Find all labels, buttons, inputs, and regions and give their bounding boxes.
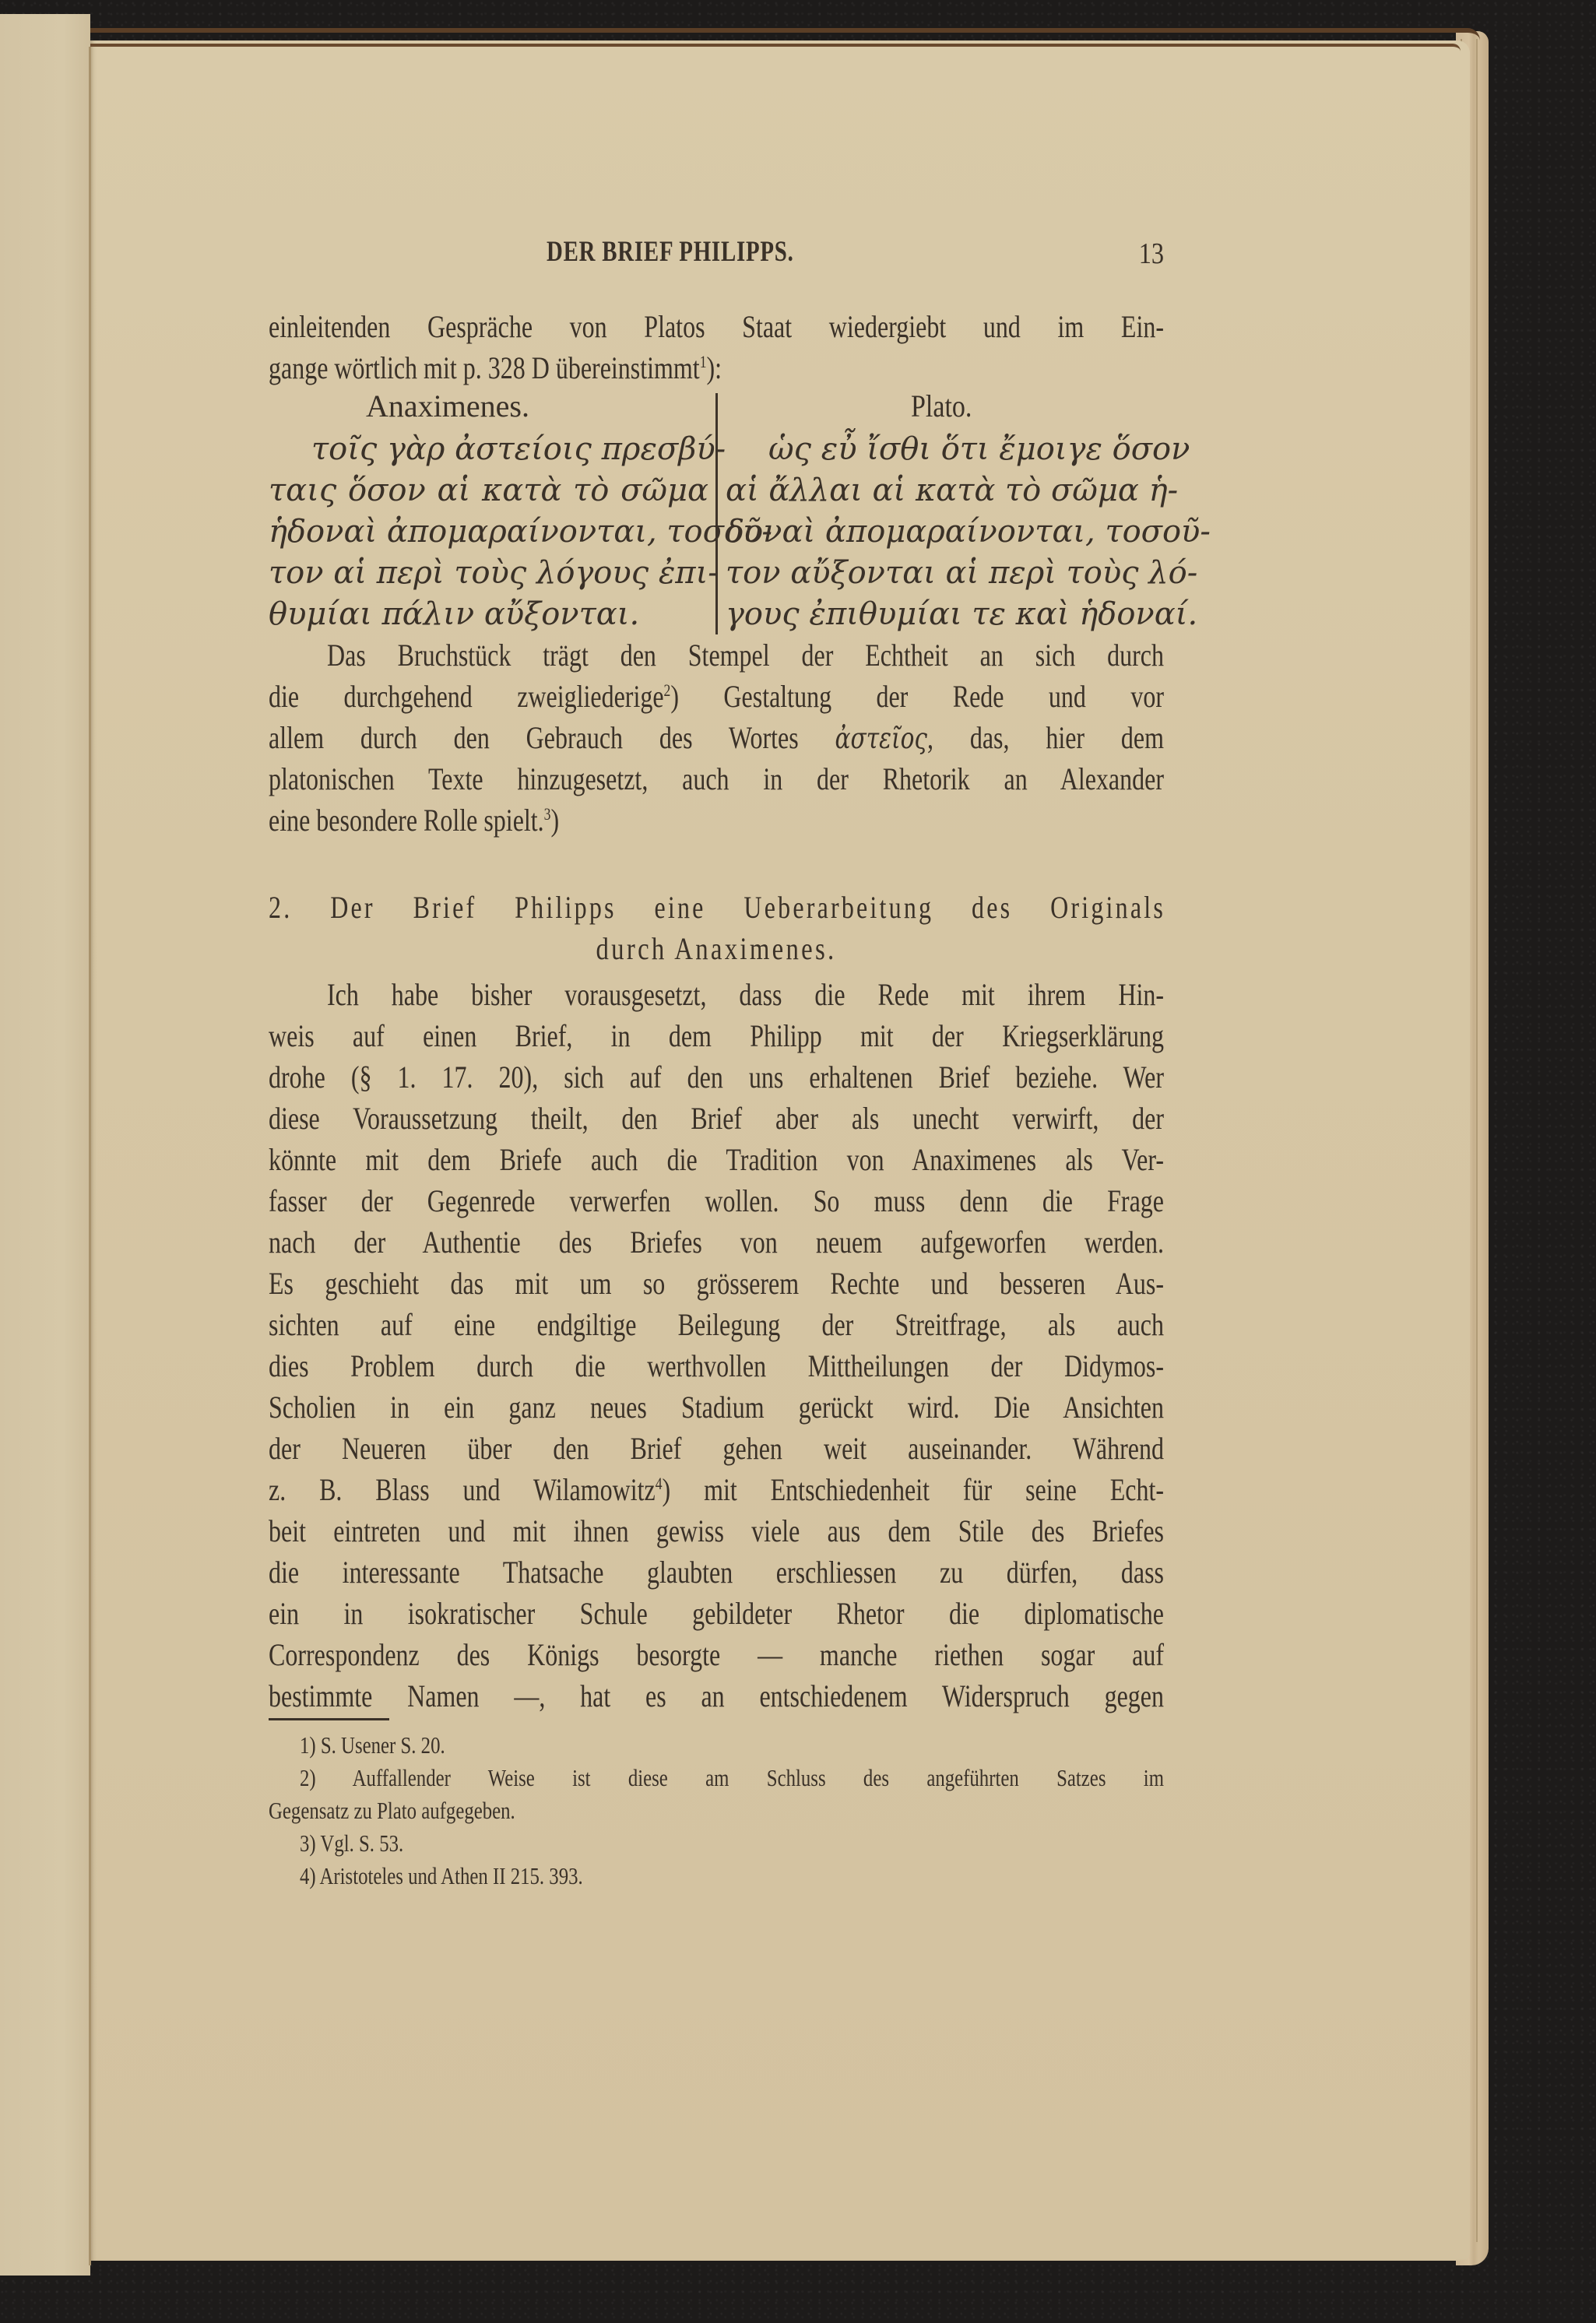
section-heading-line1: 2. Der Brief Philipps eine Ueberarbeitun…: [269, 887, 1165, 928]
page-number: 13: [1139, 237, 1164, 271]
body-line: Correspondenz des Königs besorgte — manc…: [269, 1635, 1164, 1675]
body-line: fasser der Gegenrede verwerfen wollen. S…: [269, 1181, 1164, 1221]
greek-line-right: αἱ ἄλλαι αἱ κατὰ τὸ σῶμα ἡ-: [726, 470, 1164, 511]
body-line: der Neueren über den Brief gehen weit au…: [269, 1429, 1164, 1469]
body-line: z. B. Blass und Wilamowitz4) mit Entschi…: [269, 1470, 1164, 1510]
body-line: die interessante Thatsache glaubten ersc…: [269, 1552, 1164, 1593]
body-line: bestimmte Namen —, hat es an entschieden…: [269, 1676, 1164, 1717]
facing-page-edge: [0, 14, 90, 2276]
body-line: Das Bruchstück trägt den Stempel der Ech…: [269, 635, 1164, 676]
column-heading-anaximenes: Anaximenes.: [366, 386, 529, 427]
greek-line-left: τον αἱ περὶ τοὺς λόγους ἐπι-: [269, 553, 708, 594]
greek-line-left: τοῖς γὰρ ἀστείοις πρεσβύ-: [269, 429, 708, 470]
body-line: sichten auf eine endgiltige Beilegung de…: [269, 1305, 1164, 1345]
body-line: Scholien in ein ganz neues Stadium gerüc…: [269, 1387, 1164, 1428]
greek-line-left: ἡδοναὶ ἀπομαραίνονται, τοσοῦ-: [269, 511, 708, 553]
footnote-4: 4) Aristoteles und Athen II 215. 393.: [269, 1861, 1164, 1892]
footnote-2-cont: Gegensatz zu Plato aufgegeben.: [269, 1795, 1164, 1826]
page-edge-stain: [90, 28, 1480, 40]
body-line: die durchgehend zweigliederige2) Gestalt…: [269, 677, 1164, 717]
body-line: ein in isokratischer Schule gebildeter R…: [269, 1594, 1164, 1634]
body-line: drohe (§ 1. 17. 20), sich auf den uns er…: [269, 1057, 1164, 1098]
footnote-3: 3) Vgl. S. 53.: [269, 1828, 1164, 1859]
greek-line-right: δοναὶ ἀπομαραίνονται, τοσοῦ-: [726, 511, 1164, 553]
page-edge-stain-inner: [90, 44, 1461, 51]
body-line: Ich habe bisher vorausgesetzt, dass die …: [269, 975, 1164, 1015]
body-line: Es geschieht das mit um so grösserem Rec…: [269, 1263, 1164, 1304]
greek-line-right: ὡς εὖ ἴσθι ὅτι ἔμοιγε ὅσον: [726, 429, 1164, 470]
greek-line-left: θυμίαι πάλιν αὔξονται.: [269, 594, 708, 635]
body-line: beit eintreten und mit ihnen gewiss viel…: [269, 1511, 1164, 1552]
body-line: weis auf einen Brief, in dem Philipp mit…: [269, 1016, 1164, 1056]
body-line: diese Voraussetzung theilt, den Brief ab…: [269, 1098, 1164, 1139]
running-head: DER BRIEF PHILIPPS. 13: [269, 234, 1164, 280]
body-line: platonischen Texte hinzugesetzt, auch in…: [269, 759, 1164, 800]
column-heading-plato: Plato.: [911, 386, 972, 427]
body-line: dies Problem durch die werthvollen Mitth…: [269, 1346, 1164, 1386]
footnote-2: 2) Auffallender Weise ist diese am Schlu…: [269, 1762, 1164, 1794]
footnote-ref: 3: [544, 804, 551, 824]
footnote-1: 1) S. Usener S. 20.: [269, 1730, 1164, 1761]
footnote-ref: 4: [656, 1474, 663, 1493]
gutter-fold: [89, 47, 91, 2265]
greek-line-right: τον αὔξονται αἱ περὶ τοὺς λό-: [726, 553, 1164, 594]
body-line: einleitenden Gespräche von Platos Staat …: [269, 307, 1164, 347]
body-line: eine besondere Rolle spielt.3): [269, 800, 1164, 841]
body-line: allem durch den Gebrauch des Wortes ἀστε…: [269, 718, 1164, 758]
footnote-ref: 1: [700, 352, 707, 371]
greek-line-left: ταις ὅσον αἱ κατὰ τὸ σῶμα: [269, 470, 708, 511]
section-heading-line2: durch Anaximenes.: [350, 929, 1084, 969]
body-line: nach der Authentie des Briefes von neuem…: [269, 1222, 1164, 1263]
footnote-rule: [269, 1718, 389, 1720]
body-line: einleitenden Gespräche von Platos Staat …: [269, 348, 1164, 388]
body-line: könnte mit dem Briefe auch die Tradition…: [269, 1140, 1164, 1180]
running-title: DER BRIEF PHILIPPS.: [547, 235, 794, 269]
greek-line-right: γους ἐπιθυμίαι τε καὶ ἡδοναί.: [726, 594, 1164, 635]
greek-word: ἀστεῖος: [835, 722, 927, 755]
